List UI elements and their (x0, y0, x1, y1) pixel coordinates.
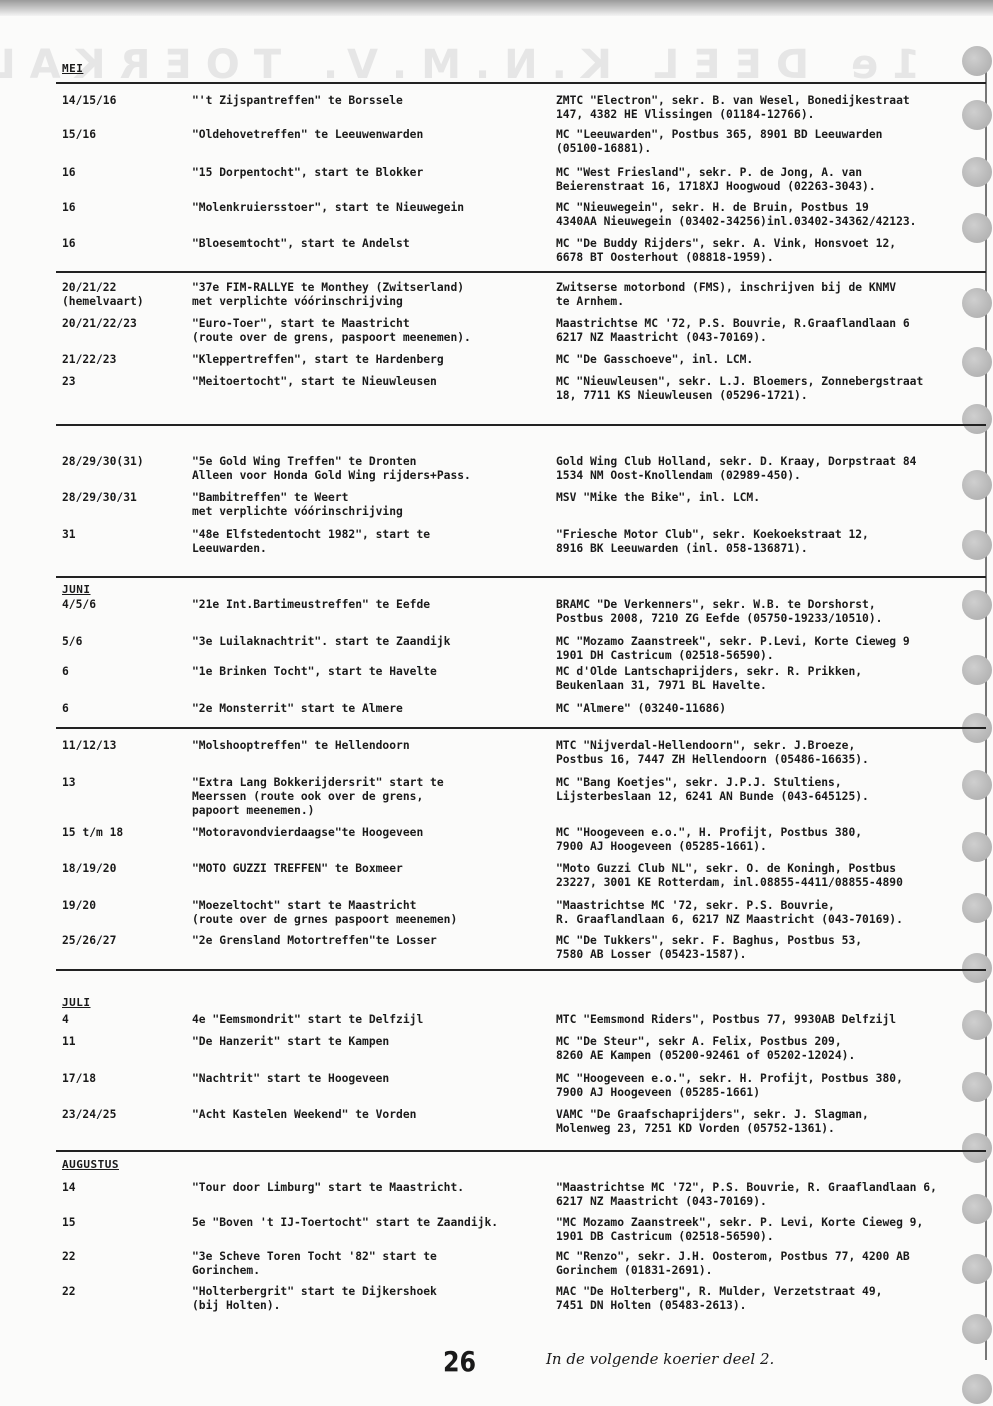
entry-organizer: "Maastrichtse MC '72, sekr. P.S. Bouvrie… (556, 899, 903, 927)
entry-event: "37e FIM-RALLYE te Monthey (Zwitserland)… (192, 281, 464, 309)
entry-organizer: MC "Mozamo Zaanstreek", sekr. P.Levi, Ko… (556, 635, 910, 663)
binder-hole (962, 770, 992, 800)
entry-organizer: MC "Bang Koetjes", sekr. J.P.J. Stultien… (556, 776, 869, 804)
entry-event: 4e "Eemsmondrit" start te Delfzijl (192, 1013, 423, 1027)
binder-hole (962, 347, 992, 377)
entry-organizer: MC "De Steur", sekr A. Felix, Postbus 20… (556, 1035, 855, 1063)
entry-date: 15 t/m 18 (62, 826, 123, 840)
entry-date: 22 (62, 1250, 76, 1264)
entry-date: 11/12/13 (62, 739, 116, 753)
entry-date: 23 (62, 375, 76, 389)
entry-date: 17/18 (62, 1072, 96, 1086)
entry-date: 6 (62, 702, 69, 716)
entry-date: 31 (62, 528, 76, 542)
entry-event: "Nachtrit" start te Hoogeveen (192, 1072, 389, 1086)
month-heading-juli: JULI (62, 996, 91, 1009)
binder-hole (962, 893, 992, 923)
entry-organizer: Gold Wing Club Holland, sekr. D. Kraay, … (556, 455, 916, 483)
entry-event: "2e Grensland Motortreffen"te Losser (192, 934, 437, 948)
binder-hole (962, 1072, 992, 1102)
entry-date: 16 (62, 237, 76, 251)
binder-hole (962, 1314, 992, 1344)
footer-note: In de volgende koerier deel 2. (546, 1350, 774, 1368)
entry-event: "Meitoertocht", start te Nieuwleusen (192, 375, 437, 389)
entry-date: 19/20 (62, 899, 96, 913)
entry-organizer: MC "Renzo", sekr. J.H. Oosterom, Postbus… (556, 1250, 910, 1278)
month-heading-augustus: AUGUSTUS (62, 1158, 119, 1171)
entry-date: 22 (62, 1285, 76, 1299)
binder-hole (962, 655, 992, 685)
entry-date: 20/21/22/23 (62, 317, 137, 331)
entry-event: 5e "Boven 't IJ-Toertocht" start te Zaan… (192, 1216, 498, 1230)
entry-date: 16 (62, 201, 76, 215)
entry-organizer: "Maastrichtse MC '72", P.S. Bouvrie, R. … (556, 1181, 937, 1209)
month-heading-juni: JUNI (62, 583, 91, 596)
binder-hole (962, 1133, 992, 1163)
entry-date: 15/16 (62, 128, 96, 142)
entry-organizer: ZMTC "Electron", sekr. B. van Wesel, Bon… (556, 94, 910, 122)
entry-event: "1e Brinken Tocht", start te Havelte (192, 665, 437, 679)
binder-hole (962, 1374, 992, 1404)
entry-organizer: MTC "Eemsmond Riders", Postbus 77, 9930A… (556, 1013, 896, 1027)
section-divider (56, 727, 986, 729)
binder-hole (962, 470, 992, 500)
section-divider (56, 969, 986, 971)
entry-organizer: MC "Hoogeveen e.o.", sekr. H. Profijt, P… (556, 1072, 903, 1100)
entry-event: "Molenkruiersstoer", start te Nieuwegein (192, 201, 464, 215)
entry-organizer: VAMC "De Graafschaprijders", sekr. J. Sl… (556, 1108, 869, 1136)
entry-event: "Acht Kastelen Weekend" te Vorden (192, 1108, 416, 1122)
binder-hole (962, 157, 992, 187)
section-divider (56, 576, 986, 578)
entry-event: "De Hanzerit" start te Kampen (192, 1035, 389, 1049)
binder-hole (962, 100, 992, 130)
entry-event: "15 Dorpentocht", start te Blokker (192, 166, 423, 180)
entry-organizer: "Friesche Motor Club", sekr. Koekoekstra… (556, 528, 869, 556)
entry-event: "48e Elfstedentocht 1982", start te Leeu… (192, 528, 430, 556)
binder-hole (962, 213, 992, 243)
section-divider (56, 1150, 986, 1152)
entry-event: "5e Gold Wing Treffen" te Dronten Alleen… (192, 455, 471, 483)
binder-hole (962, 1010, 992, 1040)
entry-organizer: MC "Nieuwleusen", sekr. L.J. Bloemers, Z… (556, 375, 923, 403)
scan-top-edge (0, 0, 993, 16)
entry-date: 23/24/25 (62, 1108, 116, 1122)
entry-event: "2e Monsterrit" start te Almere (192, 702, 403, 716)
entry-event: "Extra Lang Bokkerijdersrit" start te Me… (192, 776, 444, 818)
entry-event: "Molshooptreffen" te Hellendoorn (192, 739, 410, 753)
entry-date: 5/6 (62, 635, 82, 649)
binder-hole (962, 1194, 992, 1224)
entry-organizer: MC "West Friesland", sekr. P. de Jong, A… (556, 166, 876, 194)
entry-date: 20/21/22 (hemelvaart) (62, 281, 144, 309)
binder-hole (962, 590, 992, 620)
entry-organizer: MC "De Buddy Rijders", sekr. A. Vink, Ho… (556, 237, 896, 265)
entry-organizer: MTC "Nijverdal-Hellendoorn", sekr. J.Bro… (556, 739, 869, 767)
entry-event: "Oldehovetreffen" te Leeuwenwarden (192, 128, 423, 142)
entry-organizer: "Moto Guzzi Club NL", sekr. O. de Koning… (556, 862, 903, 890)
entry-date: 18/19/20 (62, 862, 116, 876)
entry-date: 14/15/16 (62, 94, 116, 108)
section-divider (56, 271, 986, 273)
entry-organizer: MC "De Gasschoeve", inl. LCM. (556, 353, 753, 367)
entry-date: 16 (62, 166, 76, 180)
entry-event: "Euro-Toer", start te Maastricht (route … (192, 317, 471, 345)
entry-organizer: Zwitserse motorbond (FMS), inschrijven b… (556, 281, 896, 309)
section-divider (56, 424, 986, 426)
entry-event: "MOTO GUZZI TREFFEN" te Boxmeer (192, 862, 403, 876)
entry-organizer: MSV "Mike the Bike", inl. LCM. (556, 491, 760, 505)
entry-organizer: MAC "De Holterberg", R. Mulder, Verzetst… (556, 1285, 882, 1313)
entry-date: 15 (62, 1216, 76, 1230)
entry-date: 21/22/23 (62, 353, 116, 367)
entry-event: "'t Zijspantreffen" te Borssele (192, 94, 403, 108)
entry-organizer: BRAMC "De Verkenners", sekr. W.B. te Dor… (556, 598, 882, 626)
page-right-edge (985, 60, 987, 1360)
entry-date: 28/29/30(31) (62, 455, 144, 469)
entry-date: 14 (62, 1181, 76, 1195)
month-heading-mei: MEI (62, 62, 83, 75)
entry-event: "Tour door Limburg" start te Maastricht. (192, 1181, 464, 1195)
entry-event: "21e Int.Bartimeustreffen" te Eefde (192, 598, 430, 612)
binder-hole (962, 1254, 992, 1284)
entry-organizer: MC "Hoogeveen e.o.", H. Profijt, Postbus… (556, 826, 862, 854)
binder-hole (962, 46, 992, 76)
entry-organizer: MC "Nieuwegein", sekr. H. de Bruin, Post… (556, 201, 916, 229)
entry-date: 6 (62, 665, 69, 679)
entry-event: "Moezeltocht" start te Maastricht (route… (192, 899, 457, 927)
binder-hole (962, 832, 992, 862)
entry-date: 13 (62, 776, 76, 790)
entry-organizer: MC d'Olde Lantschaprijders, sekr. R. Pri… (556, 665, 862, 693)
entry-event: "Holterbergrit" start te Dijkershoek (bi… (192, 1285, 437, 1313)
entry-event: "Bambitreffen" te Weert met verplichte v… (192, 491, 403, 519)
entry-date: 28/29/30/31 (62, 491, 137, 505)
entry-date: 25/26/27 (62, 934, 116, 948)
entry-event: "Bloesemtocht", start te Andelst (192, 237, 410, 251)
binder-hole (962, 953, 992, 983)
entry-date: 11 (62, 1035, 76, 1049)
binder-hole (962, 288, 992, 318)
entry-date: 4/5/6 (62, 598, 96, 612)
binder-hole (962, 530, 992, 560)
entry-organizer: MC "De Tukkers", sekr. F. Baghus, Postbu… (556, 934, 862, 962)
entry-date: 4 (62, 1013, 69, 1027)
entry-organizer: "MC Mozamo Zaanstreek", sekr. P. Levi, K… (556, 1216, 923, 1244)
entry-organizer: MC "Leeuwarden", Postbus 365, 8901 BD Le… (556, 128, 882, 156)
entry-event: "Motoravondvierdaagse"te Hoogeveen (192, 826, 423, 840)
entry-event: "Kleppertreffen", start te Hardenberg (192, 353, 444, 367)
entry-event: "3e Luilaknachtrit". start te Zaandijk (192, 635, 450, 649)
binder-hole (962, 404, 992, 434)
section-divider (56, 82, 986, 84)
entry-organizer: MC "Almere" (03240-11686) (556, 702, 726, 716)
entry-event: "3e Scheve Toren Tocht '82" start te Gor… (192, 1250, 437, 1278)
entry-organizer: Maastrichtse MC '72, P.S. Bouvrie, R.Gra… (556, 317, 910, 345)
page-number: 26 (443, 1345, 476, 1378)
